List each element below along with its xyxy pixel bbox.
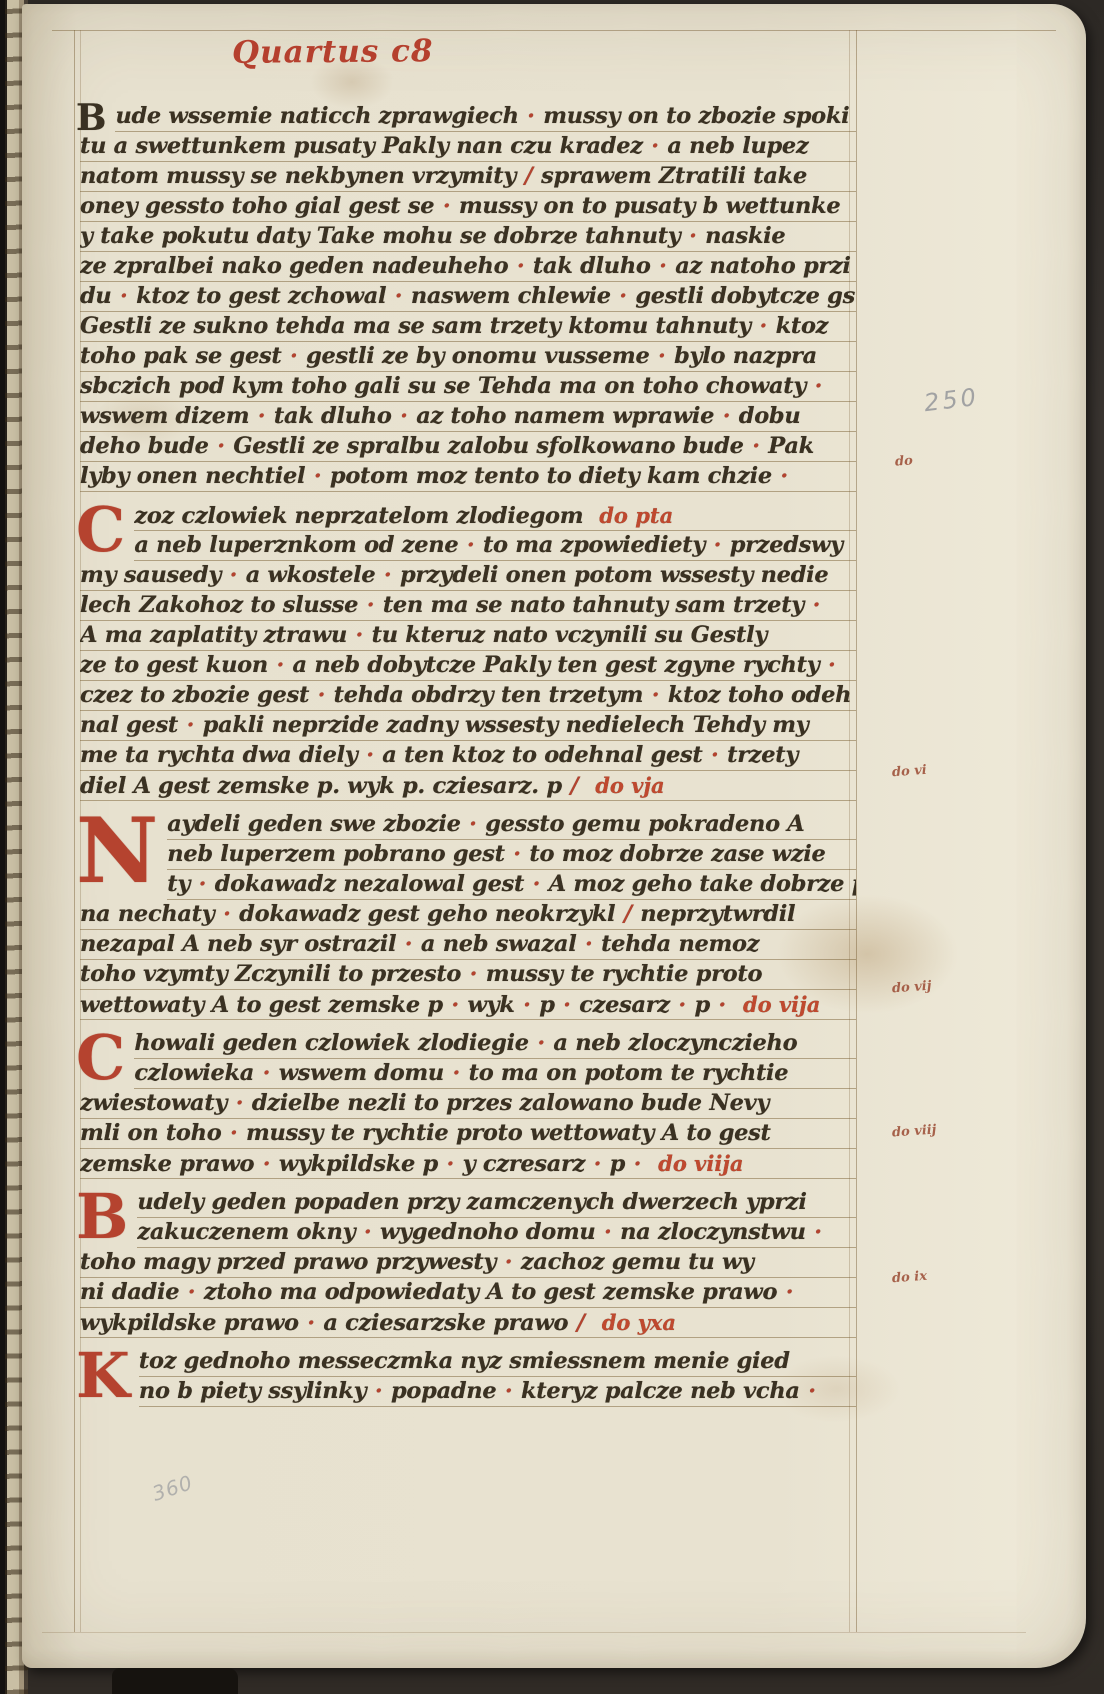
manuscript-line: ty · dokawadz nezalowal gest · A moz geh… <box>167 870 856 900</box>
manuscript-line: mli on toho · mussy te rychtie proto wet… <box>80 1119 856 1149</box>
manuscript-page: Quartus c8 Bude wssemie naticch zprawgie… <box>22 4 1086 1668</box>
rubricated-initial: N <box>76 810 158 897</box>
manuscript-line: natom mussy se nekbynen vrzymity / spraw… <box>80 162 856 192</box>
scan-background: { "header": { "chapter_heading": "Quartu… <box>0 0 1104 1694</box>
ruling-bottom-line <box>42 1632 1026 1633</box>
manuscript-line: tu a swettunkem pusaty Pakly nan czu kra… <box>80 132 856 162</box>
manuscript-line: ze zpralbei nako geden nadeuheho · tak d… <box>80 252 856 282</box>
ruling-top-line <box>52 30 1056 31</box>
manuscript-line: lyby onen nechtiel · potom moz tento to … <box>80 462 856 492</box>
manuscript-line: A ma zaplatity ztrawu · tu kteruz nato v… <box>80 621 856 651</box>
manuscript-line: du · ktoz to gest zchowal · naswem chlew… <box>80 282 856 312</box>
margin-note: do <box>894 453 913 469</box>
pencil-annotation: 360 <box>149 1470 196 1506</box>
manuscript-line: diel A gest zemske p. wyk p. cziesarz. p… <box>80 771 856 801</box>
paragraph: Ktoz gednoho messeczmka nyz smiessnem me… <box>80 1347 856 1407</box>
scan-bottom-artifact <box>112 1668 238 1694</box>
manuscript-line: y take pokutu daty Take mohu se dobrze t… <box>80 222 856 252</box>
manuscript-line: zemske prawo · wykpildske p · y czresarz… <box>80 1149 856 1179</box>
manuscript-line: czlowieka · wswem domu · to ma on potom … <box>134 1059 856 1089</box>
red-rubric: do pta <box>599 503 673 528</box>
manuscript-line: toz gednoho messeczmka nyz smiessnem men… <box>139 1347 856 1377</box>
manuscript-line: czez to zbozie gest · tehda obdrzy ten t… <box>80 681 856 711</box>
manuscript-line: oney gessto toho gial gest se · mussy on… <box>80 192 856 222</box>
ruling-left-line <box>74 30 75 1632</box>
manuscript-line: ze to gest kuon · a neb dobytcze Pakly t… <box>80 651 856 681</box>
manuscript-line: sbczich pod kym toho gali su se Tehda ma… <box>80 372 856 402</box>
red-rubric: do yxa <box>602 1310 676 1335</box>
manuscript-line: wswem dizem · tak dluho · az toho namem … <box>80 402 856 432</box>
margin-note: do vi <box>892 763 928 780</box>
paragraph: Chowali geden czlowiek zlodiegie · a neb… <box>80 1029 856 1179</box>
manuscript-line: zoz czlowiek neprzatelom zlodiegomdo pta <box>134 501 856 531</box>
manuscript-line: my sausedy · a wkostele · przydeli onen … <box>80 561 856 591</box>
text-block: Bude wssemie naticch zprawgiech · mussy … <box>80 102 856 1407</box>
rubricated-initial: C <box>76 1029 125 1087</box>
manuscript-line: toho magy przed prawo przywesty · zachoz… <box>80 1248 856 1278</box>
manuscript-line: howali geden czlowiek zlodiegie · a neb … <box>134 1029 856 1059</box>
manuscript-line: toho vzymty Zczynili to przesto · mussy … <box>80 960 856 990</box>
manuscript-line: Gestli ze sukno tehda ma se sam trzety k… <box>80 312 856 342</box>
paragraph: Czoz czlowiek neprzatelom zlodiegomdo pt… <box>80 501 856 801</box>
rubricated-initial: K <box>76 1347 130 1405</box>
rubricated-initial: C <box>76 501 125 559</box>
manuscript-line: deho bude · Gestli ze spralbu zalobu sfo… <box>80 432 856 462</box>
manuscript-line: wettowaty A to gest zemske p · wyk · p ·… <box>80 990 856 1020</box>
margin-note: do viij <box>892 1122 937 1140</box>
manuscript-line: udely geden popaden przy zamczenych dwer… <box>137 1188 856 1218</box>
manuscript-line: aydeli geden swe zbozie · gessto gemu po… <box>167 810 856 840</box>
ruling-right-line <box>856 30 857 1632</box>
manuscript-line: nal gest · pakli neprzide zadny wssesty … <box>80 711 856 741</box>
manuscript-line: lech Zakohoz to slusse · ten ma se nato … <box>80 591 856 621</box>
manuscript-line: ude wssemie naticch zprawgiech · mussy o… <box>115 102 856 132</box>
manuscript-line: ni dadie · ztoho ma odpowiedaty A to ges… <box>80 1278 856 1308</box>
manuscript-line: no b piety ssylinky · popadne · kteryz p… <box>139 1377 856 1407</box>
manuscript-line: zwiestowaty · dzielbe nezli to przes zal… <box>80 1089 856 1119</box>
paragraph: Budely geden popaden przy zamczenych dwe… <box>80 1188 856 1338</box>
chapter-heading: Quartus c8 <box>232 33 434 71</box>
manuscript-line: toho pak se gest · gestli ze by onomu vu… <box>80 342 856 372</box>
manuscript-line: nezapal A neb syr ostrazil · a neb swaza… <box>80 930 856 960</box>
manuscript-line: neb luperzem pobrano gest · to moz dobrz… <box>167 840 856 870</box>
red-rubric: do viija <box>658 1151 743 1176</box>
red-rubric: do vja <box>595 773 664 798</box>
manuscript-line: na nechaty · dokawadz gest geho neokrzyk… <box>80 900 856 930</box>
rubricated-initial: B <box>76 102 106 131</box>
manuscript-line: me ta rychta dwa diely · a ten ktoz to o… <box>80 741 856 771</box>
margin-note: do vij <box>892 979 932 997</box>
margin-note: do ix <box>892 1269 928 1286</box>
manuscript-line: wykpildske prawo · a cziesarzske prawo /… <box>80 1308 856 1338</box>
manuscript-line: a neb luperznkom od zene · to ma zpowied… <box>134 531 856 561</box>
paragraph: Bude wssemie naticch zprawgiech · mussy … <box>80 102 856 492</box>
paragraph: Naydeli geden swe zbozie · gessto gemu p… <box>80 810 856 1020</box>
red-rubric: do vija <box>743 992 820 1017</box>
manuscript-line: zakuczenem okny · wygednoho domu · na zl… <box>137 1218 856 1248</box>
rubricated-initial: B <box>76 1188 128 1246</box>
folio-number-pencil: 250 <box>922 383 980 417</box>
